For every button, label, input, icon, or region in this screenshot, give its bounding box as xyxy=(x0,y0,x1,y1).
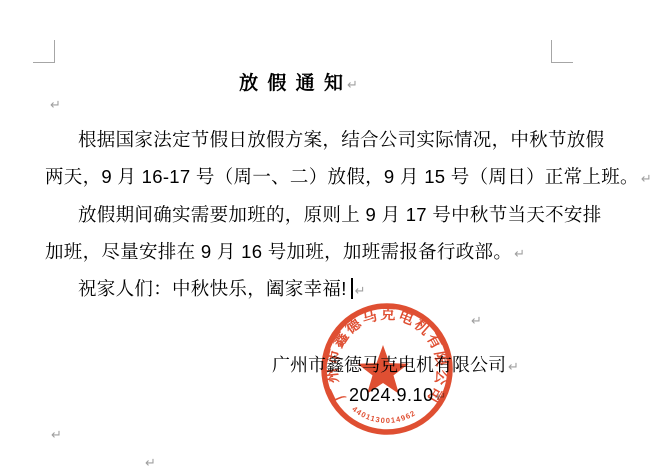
text-cursor xyxy=(351,278,353,299)
paragraph-mark: ↵ xyxy=(355,283,366,298)
body-line-4[interactable]: 加班，尽量安排在 9 月 16 号加班，加班需报备行政部。↵ xyxy=(45,240,525,266)
paragraph-mark: ↵ xyxy=(471,313,482,329)
body-line-2[interactable]: 两天，9 月 16-17 号（周一、二）放假，9 月 15 号（周日）正常上班。… xyxy=(45,165,652,191)
document-title[interactable]: 放 假 通 知↵ xyxy=(45,68,552,95)
body-line-1[interactable]: 根据国家法定节假日放假方案，结合公司实际情况，中秋节放假 xyxy=(78,128,604,152)
body-text: 两天，9 月 16-17 号（周一、二）放假，9 月 15 号（周日）正常上班。 xyxy=(45,166,639,187)
company-seal-stamp[interactable]: 广州市鑫德马克电机有限公司 4401130014962 xyxy=(315,297,461,443)
body-text: 根据国家法定节假日放假方案，结合公司实际情况，中秋节放假 xyxy=(78,129,604,150)
margin-crop-mark-top-right xyxy=(551,40,573,63)
seal-arc-text: 广州市鑫德马克电机有限公司 xyxy=(323,305,452,408)
body-line-3[interactable]: 放假期间确实需要加班的，原则上 9 月 17 号中秋节当天不安排 xyxy=(78,203,602,227)
paragraph-mark: ↵ xyxy=(641,171,652,186)
seal-star-icon xyxy=(357,345,408,394)
paragraph-mark: ↵ xyxy=(508,359,519,374)
seal-serial-number: 4401130014962 xyxy=(350,404,417,425)
body-text: 加班，尽量安排在 9 月 16 号加班，加班需报备行政部。 xyxy=(45,241,512,262)
word-document-page[interactable]: 放 假 通 知↵ ↵ 根据国家法定节假日放假方案，结合公司实际情况，中秋节放假 … xyxy=(0,0,654,473)
body-text: 放假期间确实需要加班的，原则上 9 月 17 号中秋节当天不安排 xyxy=(78,204,602,225)
paragraph-mark: ↵ xyxy=(50,97,61,113)
paragraph-mark: ↵ xyxy=(51,427,62,443)
title-text: 放 假 通 知 xyxy=(239,73,345,94)
paragraph-mark: ↵ xyxy=(145,455,156,471)
margin-crop-mark-top-left xyxy=(33,40,55,63)
paragraph-mark: ↵ xyxy=(347,77,358,92)
body-text: 祝家人们：中秋快乐，阖家幸福! xyxy=(78,278,347,299)
paragraph-mark: ↵ xyxy=(514,246,525,261)
